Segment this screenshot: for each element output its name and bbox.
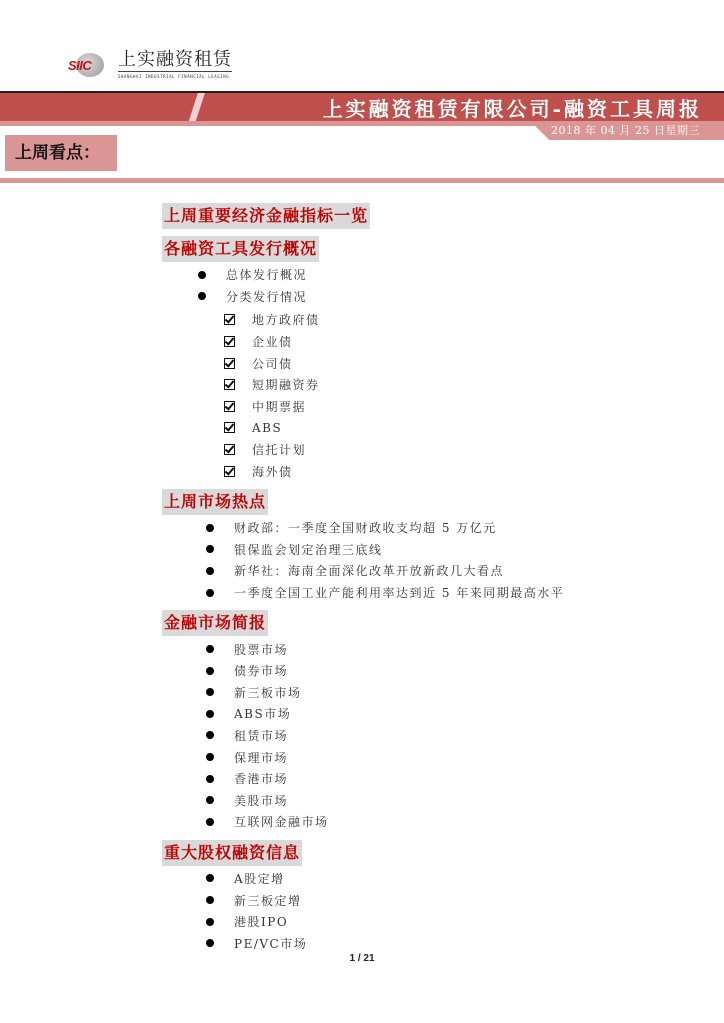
checklist-item[interactable]: 海外债: [162, 460, 682, 482]
logo-name-cn: 上实融资租赁: [118, 50, 232, 72]
list-item[interactable]: 美股市场: [162, 789, 682, 811]
report-date: 2018 年 04 月 25 日星期三: [551, 122, 700, 139]
toc-section-indicators: 上周重要经济金融指标一览: [162, 203, 682, 229]
list-item[interactable]: 香港市场: [162, 768, 682, 790]
list-item[interactable]: A股定增: [162, 868, 682, 890]
list-item[interactable]: ABS市场: [162, 703, 682, 725]
section-heading[interactable]: 上周市场热点: [162, 489, 268, 515]
list-item[interactable]: 股票市场: [162, 638, 682, 660]
bullet-icon: [206, 645, 214, 653]
list-item[interactable]: 分类发行情况: [162, 286, 682, 308]
company-logo: SIIC 上实融资租赁 SHANGHAI INDUSTRIAL FINANCIA…: [68, 50, 232, 79]
checklist-item[interactable]: 公司债: [162, 352, 682, 374]
list-item[interactable]: 一季度全国工业产能利用率达到近 5 年来同期最高水平: [162, 582, 682, 604]
bullet-icon: [206, 688, 214, 696]
list-item[interactable]: 银保监会划定治理三底线: [162, 539, 682, 561]
checklist-item[interactable]: 企业债: [162, 331, 682, 353]
bullet-icon: [206, 545, 214, 553]
bullet-icon: [206, 667, 214, 675]
bullet-icon: [206, 775, 214, 783]
table-of-contents: 上周重要经济金融指标一览 各融资工具发行概况 总体发行概况 分类发行情况 地方政…: [162, 203, 682, 961]
section-heading[interactable]: 各融资工具发行概况: [162, 236, 319, 262]
section-label: 上周看点：: [5, 135, 117, 171]
checklist-item[interactable]: 信托计划: [162, 439, 682, 461]
bullet-icon: [206, 524, 214, 532]
checklist-item[interactable]: 地方政府债: [162, 309, 682, 331]
list-item[interactable]: 新三板市场: [162, 682, 682, 704]
bullet-icon: [206, 796, 214, 804]
report-title: 上实融资租赁有限公司-融资工具周报: [323, 93, 702, 121]
list-item[interactable]: 财政部：一季度全国财政收支均超 5 万亿元: [162, 517, 682, 539]
list-item[interactable]: 租赁市场: [162, 725, 682, 747]
bullet-icon: [206, 896, 214, 904]
checkbox-checked-icon: [224, 444, 235, 455]
list-item[interactable]: 新华社：海南全面深化改革开放新政几大看点: [162, 560, 682, 582]
bullet-icon: [206, 731, 214, 739]
list-item[interactable]: 新三板定增: [162, 889, 682, 911]
siic-logo-icon: SIIC: [68, 53, 114, 77]
section-heading[interactable]: 重大股权融资信息: [162, 840, 302, 866]
bullet-icon: [206, 753, 214, 761]
checkbox-checked-icon: [224, 379, 235, 390]
section-divider: [0, 178, 724, 183]
bullet-icon: [206, 939, 214, 947]
checkbox-checked-icon: [224, 401, 235, 412]
checkbox-checked-icon: [224, 422, 235, 433]
bullet-icon: [206, 918, 214, 926]
list-item[interactable]: 债券市场: [162, 660, 682, 682]
bullet-icon: [206, 589, 214, 597]
bullet-icon: [206, 818, 214, 826]
logo-name-en: SHANGHAI INDUSTRIAL FINANCIAL LEASING: [118, 74, 232, 79]
checklist-item[interactable]: ABS: [162, 417, 682, 439]
bullet-icon: [206, 874, 214, 882]
list-item[interactable]: 港股IPO: [162, 911, 682, 933]
list-item[interactable]: 互联网金融市场: [162, 811, 682, 833]
toc-section-market-brief: 金融市场简报 股票市场 债券市场 新三板市场 ABS市场 租赁市场 保理市场 香…: [162, 610, 682, 832]
bullet-icon: [198, 271, 206, 279]
bullet-icon: [206, 567, 214, 575]
checkbox-checked-icon: [224, 314, 235, 325]
checkbox-checked-icon: [224, 336, 235, 347]
toc-section-hotspots: 上周市场热点 财政部：一季度全国财政收支均超 5 万亿元 银保监会划定治理三底线…: [162, 489, 682, 603]
list-item[interactable]: 保理市场: [162, 746, 682, 768]
checkbox-checked-icon: [224, 358, 235, 369]
list-item[interactable]: 总体发行概况: [162, 264, 682, 286]
checklist-item[interactable]: 中期票据: [162, 396, 682, 418]
bullet-icon: [198, 292, 206, 300]
checklist-item[interactable]: 短期融资券: [162, 374, 682, 396]
toc-section-equity: 重大股权融资信息 A股定增 新三板定增 港股IPO PE/VC市场: [162, 840, 682, 954]
bullet-icon: [206, 710, 214, 718]
checkbox-checked-icon: [224, 466, 235, 477]
section-heading[interactable]: 上周重要经济金融指标一览: [162, 203, 370, 229]
list-item[interactable]: PE/VC市场: [162, 932, 682, 954]
page-number: 1 / 21: [0, 953, 724, 964]
section-heading[interactable]: 金融市场简报: [162, 610, 268, 636]
toc-section-issuance: 各融资工具发行概况 总体发行概况 分类发行情况 地方政府债 企业债 公司债 短期…: [162, 236, 682, 482]
